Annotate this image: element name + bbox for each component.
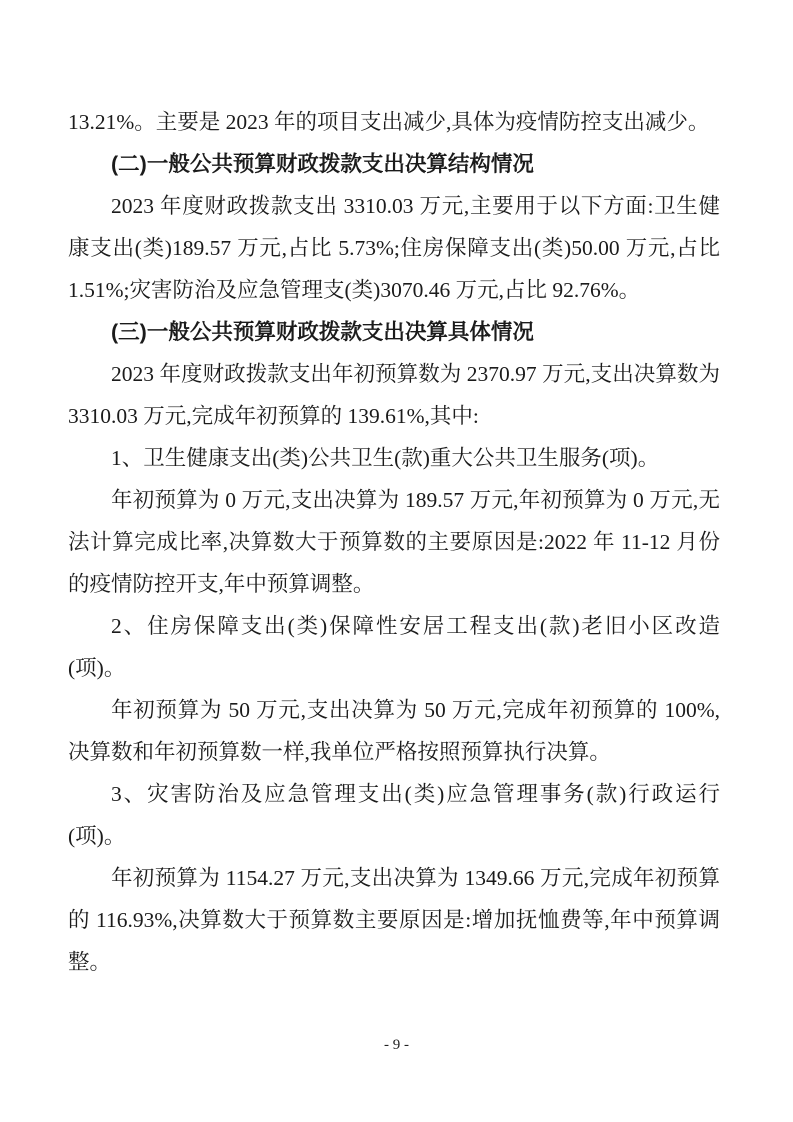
paragraph-item-2-title: 2、住房保障支出(类)保障性安居工程支出(款)老旧小区改造(项)。 (68, 605, 720, 689)
section-heading-3: (三)一般公共预算财政拨款支出决算具体情况 (68, 311, 720, 353)
paragraph-item-2-detail: 年初预算为 50 万元,支出决算为 50 万元,完成年初预算的 100%,决算数… (68, 689, 720, 773)
paragraph-continuation: 13.21%。主要是 2023 年的项目支出减少,具体为疫情防控支出减少。 (68, 101, 720, 143)
paragraph-item-1-title: 1、卫生健康支出(类)公共卫生(款)重大公共卫生服务(项)。 (68, 437, 720, 479)
section-heading-2: (二)一般公共预算财政拨款支出决算结构情况 (68, 143, 720, 185)
document-page: 13.21%。主要是 2023 年的项目支出减少,具体为疫情防控支出减少。 (二… (0, 0, 793, 1122)
page-number: - 9 - (0, 1034, 793, 1056)
paragraph-expenditure-overview: 2023 年度财政拨款支出年初预算数为 2370.97 万元,支出决算数为 33… (68, 353, 720, 437)
paragraph-item-1-detail: 年初预算为 0 万元,支出决算为 189.57 万元,年初预算为 0 万元,无法… (68, 479, 720, 605)
paragraph-item-3-detail: 年初预算为 1154.27 万元,支出决算为 1349.66 万元,完成年初预算… (68, 857, 720, 983)
document-body: 13.21%。主要是 2023 年的项目支出减少,具体为疫情防控支出减少。 (二… (68, 101, 720, 983)
paragraph-expenditure-structure: 2023 年度财政拨款支出 3310.03 万元,主要用于以下方面:卫生健康支出… (68, 185, 720, 311)
paragraph-item-3-title: 3、灾害防治及应急管理支出(类)应急管理事务(款)行政运行(项)。 (68, 773, 720, 857)
